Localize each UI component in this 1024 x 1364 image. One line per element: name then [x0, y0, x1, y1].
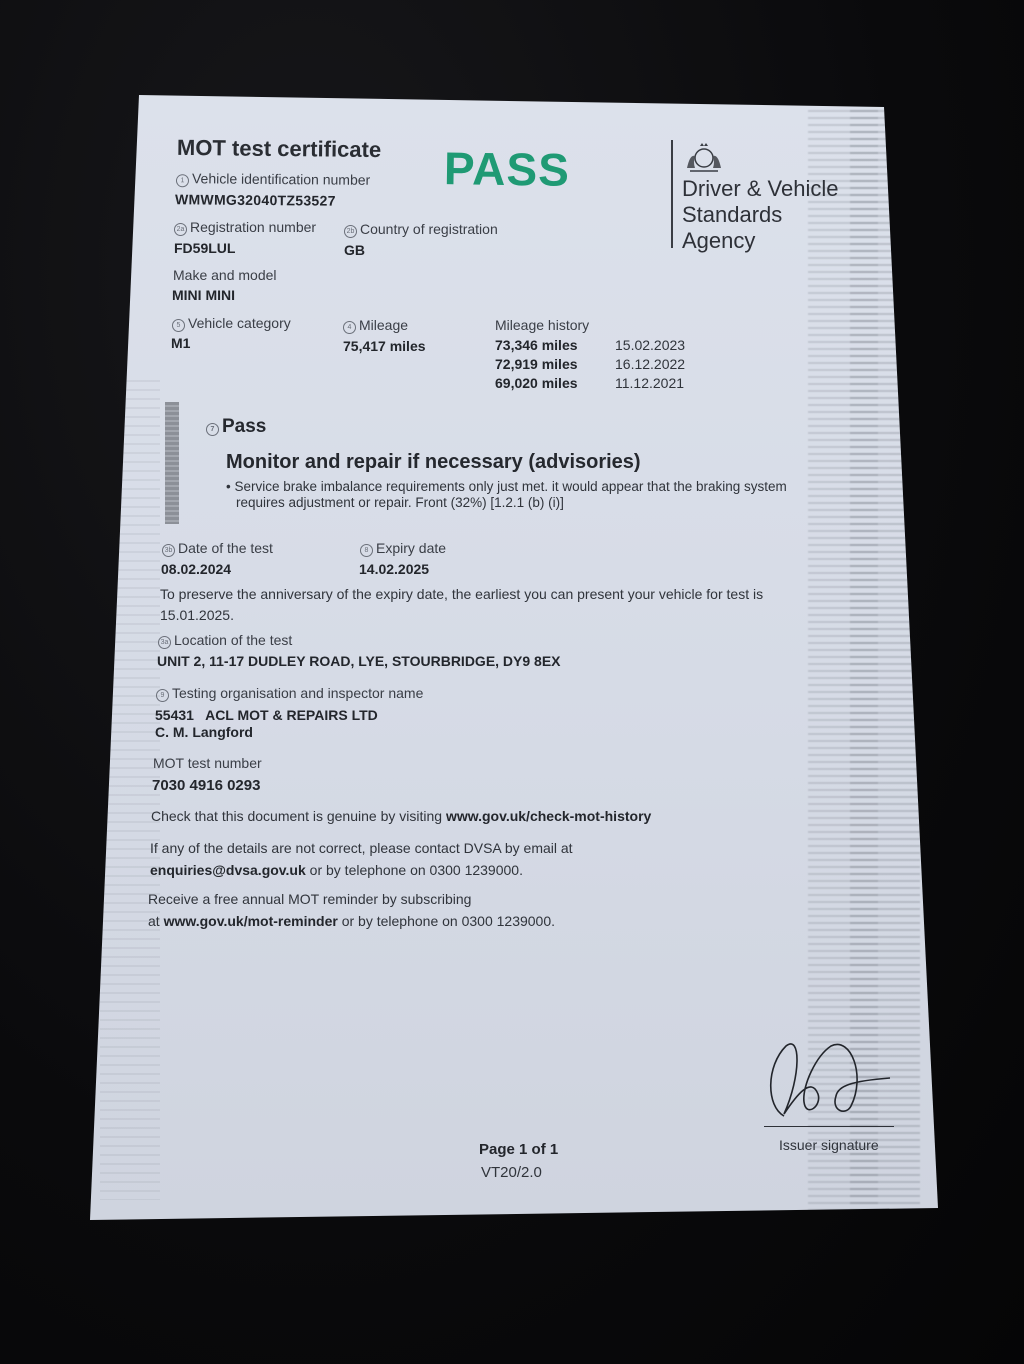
field-number-badge: 8 — [360, 544, 373, 557]
contact-line: If any of the details are not correct, p… — [150, 837, 573, 859]
agency-name-line: Driver & Vehicle — [682, 176, 839, 202]
country-label-text: Country of registration — [360, 221, 498, 237]
registration-label: 2aRegistration number — [174, 219, 316, 236]
mileage-label-text: Mileage — [359, 317, 408, 333]
advisories-heading: Monitor and repair if necessary (advisor… — [226, 451, 641, 474]
location-label: 3aLocation of the test — [158, 632, 292, 649]
field-number-badge: 1 — [176, 174, 189, 187]
test-date-label: 3bDate of the test — [162, 540, 273, 557]
mileage-history-date: 15.02.2023 — [615, 337, 685, 353]
result-status: 7Pass — [206, 416, 266, 438]
vin-value: WMWMG32040TZ53527 — [175, 191, 336, 208]
organisation-value: 55431 ACL MOT & REPAIRS LTD — [155, 707, 378, 723]
test-date-label-text: Date of the test — [178, 540, 273, 556]
page-number: Page 1 of 1 — [479, 1141, 558, 1158]
issuer-signature-label: Issuer signature — [779, 1137, 879, 1153]
category-label-text: Vehicle category — [188, 315, 291, 331]
reminder-suffix: or by telephone on 0300 1239000. — [338, 913, 555, 929]
mot-reminder-link[interactable]: www.gov.uk/mot-reminder — [164, 913, 338, 929]
agency-name: Driver & Vehicle Standards Agency — [682, 176, 839, 254]
advisory-item: • Service brake imbalance requirements o… — [226, 479, 787, 511]
mileage-history-miles: 69,020 miles — [495, 375, 578, 391]
agency-name-line: Standards — [682, 202, 839, 228]
agency-divider — [671, 140, 673, 248]
field-number-badge: 7 — [206, 423, 219, 436]
mileage-history-date: 16.12.2022 — [615, 356, 685, 372]
royal-coat-of-arms-icon — [682, 140, 726, 179]
category-value: M1 — [171, 335, 190, 351]
anniversary-note-line: To preserve the anniversary of the expir… — [160, 584, 763, 605]
anniversary-note: To preserve the anniversary of the expir… — [160, 584, 763, 626]
field-number-badge: 9 — [156, 689, 169, 702]
reminder-line: Receive a free annual MOT reminder by su… — [148, 888, 555, 910]
organisation-label-text: Testing organisation and inspector name — [172, 685, 423, 701]
expiry-date-label-text: Expiry date — [376, 540, 446, 556]
country-label: 2bCountry of registration — [344, 221, 498, 238]
field-number-badge: 2b — [344, 225, 357, 238]
vin-label-text: Vehicle identification number — [192, 170, 370, 188]
reminder-prefix: at — [148, 913, 164, 929]
result-side-bar — [165, 402, 179, 524]
mileage-label: 4Mileage — [343, 317, 408, 334]
test-number-value: 7030 4916 0293 — [152, 777, 260, 794]
signature-line — [764, 1126, 894, 1127]
check-mot-history-link[interactable]: www.gov.uk/check-mot-history — [446, 808, 651, 824]
advisory-text: Service brake imbalance requirements onl… — [234, 479, 786, 494]
anniversary-note-line: 15.01.2025. — [160, 605, 763, 626]
category-label: 5Vehicle category — [172, 315, 291, 332]
location-value: UNIT 2, 11-17 DUDLEY ROAD, LYE, STOURBRI… — [157, 653, 561, 669]
contact-email-link[interactable]: enquiries@dvsa.gov.uk — [150, 862, 306, 878]
issuer-signature-mark — [756, 1036, 896, 1131]
contact-text: If any of the details are not correct, p… — [150, 837, 573, 881]
certificate-title: MOT test certificate — [177, 135, 381, 163]
location-label-text: Location of the test — [174, 632, 292, 648]
organisation-label: 9Testing organisation and inspector name — [156, 685, 423, 702]
registration-value: FD59LUL — [174, 240, 235, 256]
test-number-label: MOT test number — [153, 755, 262, 771]
field-number-badge: 5 — [172, 319, 185, 332]
field-number-badge: 3b — [162, 544, 175, 557]
make-model-label: Make and model — [173, 267, 277, 283]
check-genuine-text: Check that this document is genuine by v… — [151, 808, 651, 824]
country-value: GB — [344, 242, 365, 258]
contact-suffix: or by telephone on 0300 1239000. — [306, 862, 523, 878]
mileage-history-date: 11.12.2021 — [615, 375, 684, 391]
registration-label-text: Registration number — [190, 219, 316, 235]
advisory-text: requires adjustment or repair. Front (32… — [226, 495, 787, 511]
field-number-badge: 3a — [158, 636, 171, 649]
form-code: VT20/2.0 — [481, 1164, 542, 1181]
check-prefix: Check that this document is genuine by v… — [151, 808, 446, 824]
make-model-value: MINI MINI — [172, 287, 235, 303]
certificate-content: MOT test certificate PASS Driver & Vehic… — [0, 0, 1024, 1364]
vin-label: 1Vehicle identification number — [176, 170, 370, 189]
expiry-date-value: 14.02.2025 — [359, 561, 429, 577]
mileage-history-label: Mileage history — [495, 317, 589, 333]
reminder-text: Receive a free annual MOT reminder by su… — [148, 888, 555, 932]
test-date-value: 08.02.2024 — [161, 561, 231, 577]
mileage-history-miles: 73,346 miles — [495, 337, 578, 353]
agency-name-line: Agency — [682, 228, 839, 254]
field-number-badge: 4 — [343, 321, 356, 334]
result-status-text: Pass — [222, 416, 266, 437]
expiry-date-label: 8Expiry date — [360, 540, 446, 557]
pass-stamp: PASS — [444, 141, 571, 197]
mileage-value: 75,417 miles — [343, 338, 426, 354]
field-number-badge: 2a — [174, 223, 187, 236]
inspector-name: C. M. Langford — [155, 724, 253, 740]
mileage-history-miles: 72,919 miles — [495, 356, 578, 372]
